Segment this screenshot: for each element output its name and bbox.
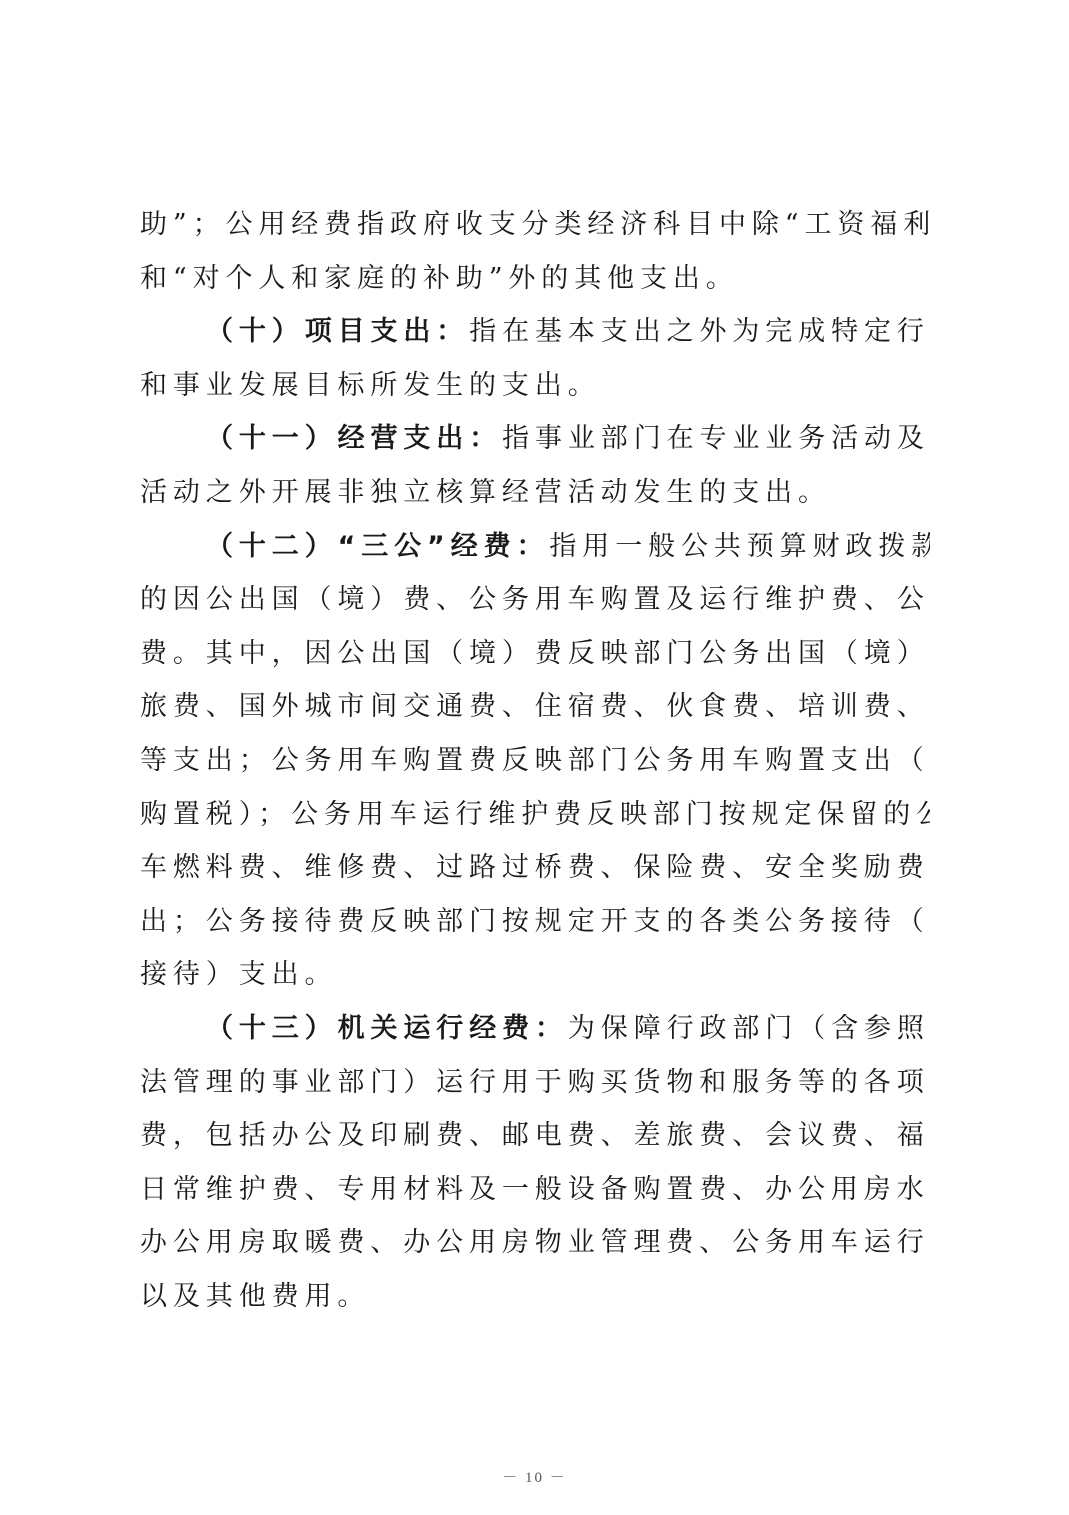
definition-item-12: （十二）“三公”经费：指用一般公共预算财政拨款安排 [140, 520, 930, 574]
text-line: 等支出；公务用车购置费反映部门公务用车购置支出（含车辆 [140, 734, 930, 788]
definition-item-13: （十三）机关运行经费：为保障行政部门（含参照公务员 [140, 1002, 930, 1056]
definition-heading: （十二）“三公”经费： [206, 531, 549, 562]
definition-text: 指事业部门在专业业务活动及其辅助 [502, 423, 930, 454]
text-line: 的因公出国（境）费、公务用车购置及运行维护费、公务接待 [140, 573, 930, 627]
text-line: 日常维护费、专用材料及一般设备购置费、办公用房水电费、 [140, 1163, 930, 1217]
text-line: 和事业发展目标所发生的支出。 [140, 359, 930, 413]
text-line: 费，包括办公及印刷费、邮电费、差旅费、会议费、福利费、 [140, 1109, 930, 1163]
definition-text: 指用一般公共预算财政拨款安排 [549, 531, 930, 562]
definition-heading: （十三）机关运行经费： [206, 1013, 568, 1044]
text-line: 购置税）；公务用车运行维护费反映部门按规定保留的公务用 [140, 788, 930, 842]
definition-text: 指在基本支出之外为完成特定行政任务 [469, 316, 930, 347]
text-line: 费。其中，因公出国（境）费反映部门公务出国（境）的国际 [140, 627, 930, 681]
text-line: 车燃料费、维修费、过路过桥费、保险费、安全奖励费用等支 [140, 841, 930, 895]
text-line: 旅费、国外城市间交通费、住宿费、伙食费、培训费、公杂费 [140, 680, 930, 734]
text-line: 和“对个人和家庭的补助”外的其他支出。 [140, 252, 930, 306]
definition-item-11: （十一）经营支出：指事业部门在专业业务活动及其辅助 [140, 412, 930, 466]
text-line: 法管理的事业部门）运行用于购买货物和服务等的各项公用经 [140, 1056, 930, 1110]
text-line: 活动之外开展非独立核算经营活动发生的支出。 [140, 466, 930, 520]
text-line: 助”；公用经费指政府收支分类经济科目中除“工资福利支出” [140, 198, 930, 252]
definition-heading: （十一）经营支出： [206, 423, 502, 454]
text-line: 以及其他费用。 [140, 1270, 930, 1324]
text-line: 出；公务接待费反映部门按规定开支的各类公务接待（含外宾 [140, 895, 930, 949]
text-line: 接待）支出。 [140, 948, 930, 1002]
page-number: － 10 － [0, 1466, 1069, 1487]
document-page: 助”；公用经费指政府收支分类经济科目中除“工资福利支出” 和“对个人和家庭的补助… [140, 198, 930, 1323]
definition-text: 为保障行政部门（含参照公务员 [568, 1013, 930, 1044]
definition-item-10: （十）项目支出：指在基本支出之外为完成特定行政任务 [140, 305, 930, 359]
definition-heading: （十）项目支出： [206, 316, 469, 347]
text-line: 办公用房取暖费、办公用房物业管理费、公务用车运行维护费 [140, 1216, 930, 1270]
